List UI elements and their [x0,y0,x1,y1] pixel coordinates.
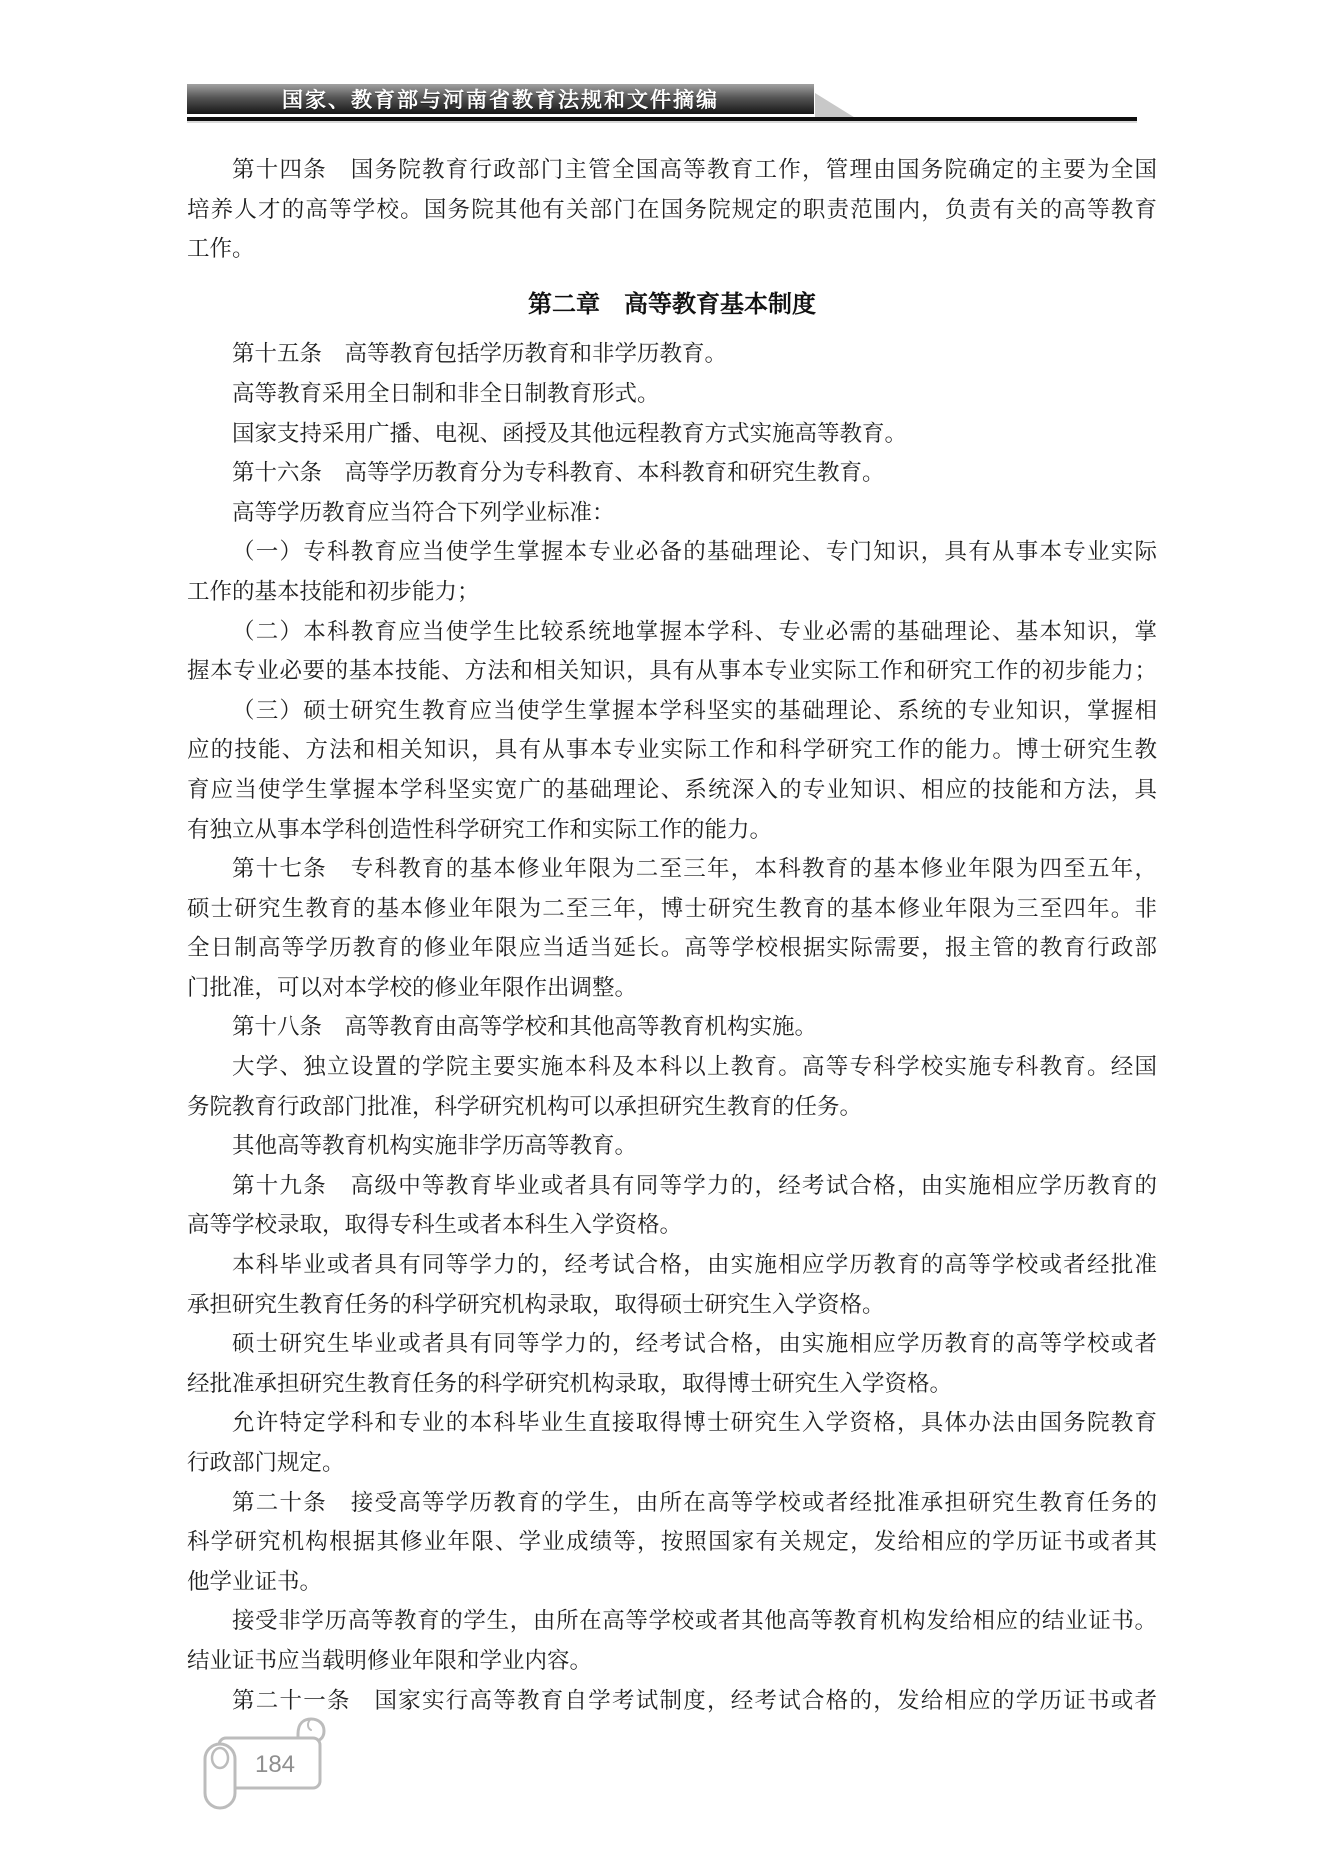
text-line: 全日制高等学历教育的修业年限应当适当延长。高等学校根据实际需要，报主管的教育行政… [187,928,1157,968]
text-line: 本科毕业或者具有同等学力的，经考试合格，由实施相应学历教育的高等学校或者经批准 [187,1245,1157,1285]
text-line: 允许特定学科和专业的本科毕业生直接取得博士研究生入学资格，具体办法由国务院教育 [187,1403,1157,1443]
text-line: （三）硕士研究生教育应当使学生掌握本学科坚实的基础理论、系统的专业知识，掌握相 [187,691,1157,731]
text-line: 第十八条 高等教育由高等学校和其他高等教育机构实施。 [187,1007,1157,1047]
header-banner: 国家、教育部与河南省教育法规和文件摘编 [187,84,814,114]
header-rule [187,117,1137,121]
text-line: 他学业证书。 [187,1562,1157,1602]
text-line: 接受非学历高等教育的学生，由所在高等学校或者其他高等教育机构发给相应的结业证书。 [187,1601,1157,1641]
text-line: 握本专业必要的基本技能、方法和相关知识，具有从事本专业实际工作和研究工作的初步能… [187,651,1157,691]
text-line: 科学研究机构根据其修业年限、学业成绩等，按照国家有关规定，发给相应的学历证书或者… [187,1522,1157,1562]
text-line: 第十九条 高级中等教育毕业或者具有同等学力的，经考试合格，由实施相应学历教育的 [187,1166,1157,1206]
text-line: 第十七条 专科教育的基本修业年限为二至三年，本科教育的基本修业年限为四至五年， [187,849,1157,889]
text-line: 工作的基本技能和初步能力； [187,572,1157,612]
text-line: （二）本科教育应当使学生比较系统地掌握本学科、专业必需的基础理论、基本知识，掌 [187,612,1157,652]
text-line: 第二十条 接受高等学历教育的学生，由所在高等学校或者经批准承担研究生教育任务的 [187,1483,1157,1523]
chapter-heading: 第二章 高等教育基本制度 [187,285,1157,325]
page-number: 184 [255,1751,295,1778]
header-banner-title: 国家、教育部与河南省教育法规和文件摘编 [282,84,719,114]
text-line: 务院教育行政部门批准，科学研究机构可以承担研究生教育的任务。 [187,1087,1157,1127]
document-body: 第十四条 国务院教育行政部门主管全国高等教育工作，管理由国务院确定的主要为全国培… [187,150,1157,1720]
page-footer: 184 [203,1716,333,1816]
text-line: 结业证书应当载明修业年限和学业内容。 [187,1641,1157,1681]
text-line: 应的技能、方法和相关知识，具有从事本专业实际工作和科学研究工作的能力。博士研究生… [187,730,1157,770]
text-line: 大学、独立设置的学院主要实施本科及本科以上教育。高等专科学校实施专科教育。经国 [187,1047,1157,1087]
text-line: 高等教育采用全日制和非全日制教育形式。 [187,374,1157,414]
scroll-icon: 184 [203,1716,333,1811]
text-line: 硕士研究生教育的基本修业年限为二至三年，博士研究生教育的基本修业年限为三至四年。… [187,889,1157,929]
text-line: 门批准，可以对本学校的修业年限作出调整。 [187,968,1157,1008]
text-line: 培养人才的高等学校。国务院其他有关部门在国务院规定的职责范围内，负责有关的高等教… [187,190,1157,230]
text-line: 行政部门规定。 [187,1443,1157,1483]
text-line: 高等学校录取，取得专科生或者本科生入学资格。 [187,1205,1157,1245]
text-line: 硕士研究生毕业或者具有同等学力的，经考试合格，由实施相应学历教育的高等学校或者 [187,1324,1157,1364]
text-line: 高等学历教育应当符合下列学业标准： [187,493,1157,533]
text-line: 第十六条 高等学历教育分为专科教育、本科教育和研究生教育。 [187,453,1157,493]
text-line: 承担研究生教育任务的科学研究机构录取，取得硕士研究生入学资格。 [187,1285,1157,1325]
text-line: 经批准承担研究生教育任务的科学研究机构录取，取得博士研究生入学资格。 [187,1364,1157,1404]
text-line: （一）专科教育应当使学生掌握本专业必备的基础理论、专门知识，具有从事本专业实际 [187,532,1157,572]
text-line: 第十五条 高等教育包括学历教育和非学历教育。 [187,334,1157,374]
banner-arrow-icon [815,93,857,119]
scroll-roll-spiral [212,1748,228,1768]
text-line: 第十四条 国务院教育行政部门主管全国高等教育工作，管理由国务院确定的主要为全国 [187,150,1157,190]
text-line: 工作。 [187,229,1157,269]
text-line: 有独立从事本学科创造性科学研究工作和实际工作的能力。 [187,810,1157,850]
text-line: 第二十一条 国家实行高等教育自学考试制度，经考试合格的，发给相应的学历证书或者 [187,1681,1157,1721]
document-page: 国家、教育部与河南省教育法规和文件摘编 第十四条 国务院教育行政部门主管全国高等… [0,0,1323,1871]
text-line: 国家支持采用广播、电视、函授及其他远程教育方式实施高等教育。 [187,414,1157,454]
text-line: 育应当使学生掌握本学科坚实宽广的基础理论、系统深入的专业知识、相应的技能和方法，… [187,770,1157,810]
text-line: 其他高等教育机构实施非学历高等教育。 [187,1126,1157,1166]
